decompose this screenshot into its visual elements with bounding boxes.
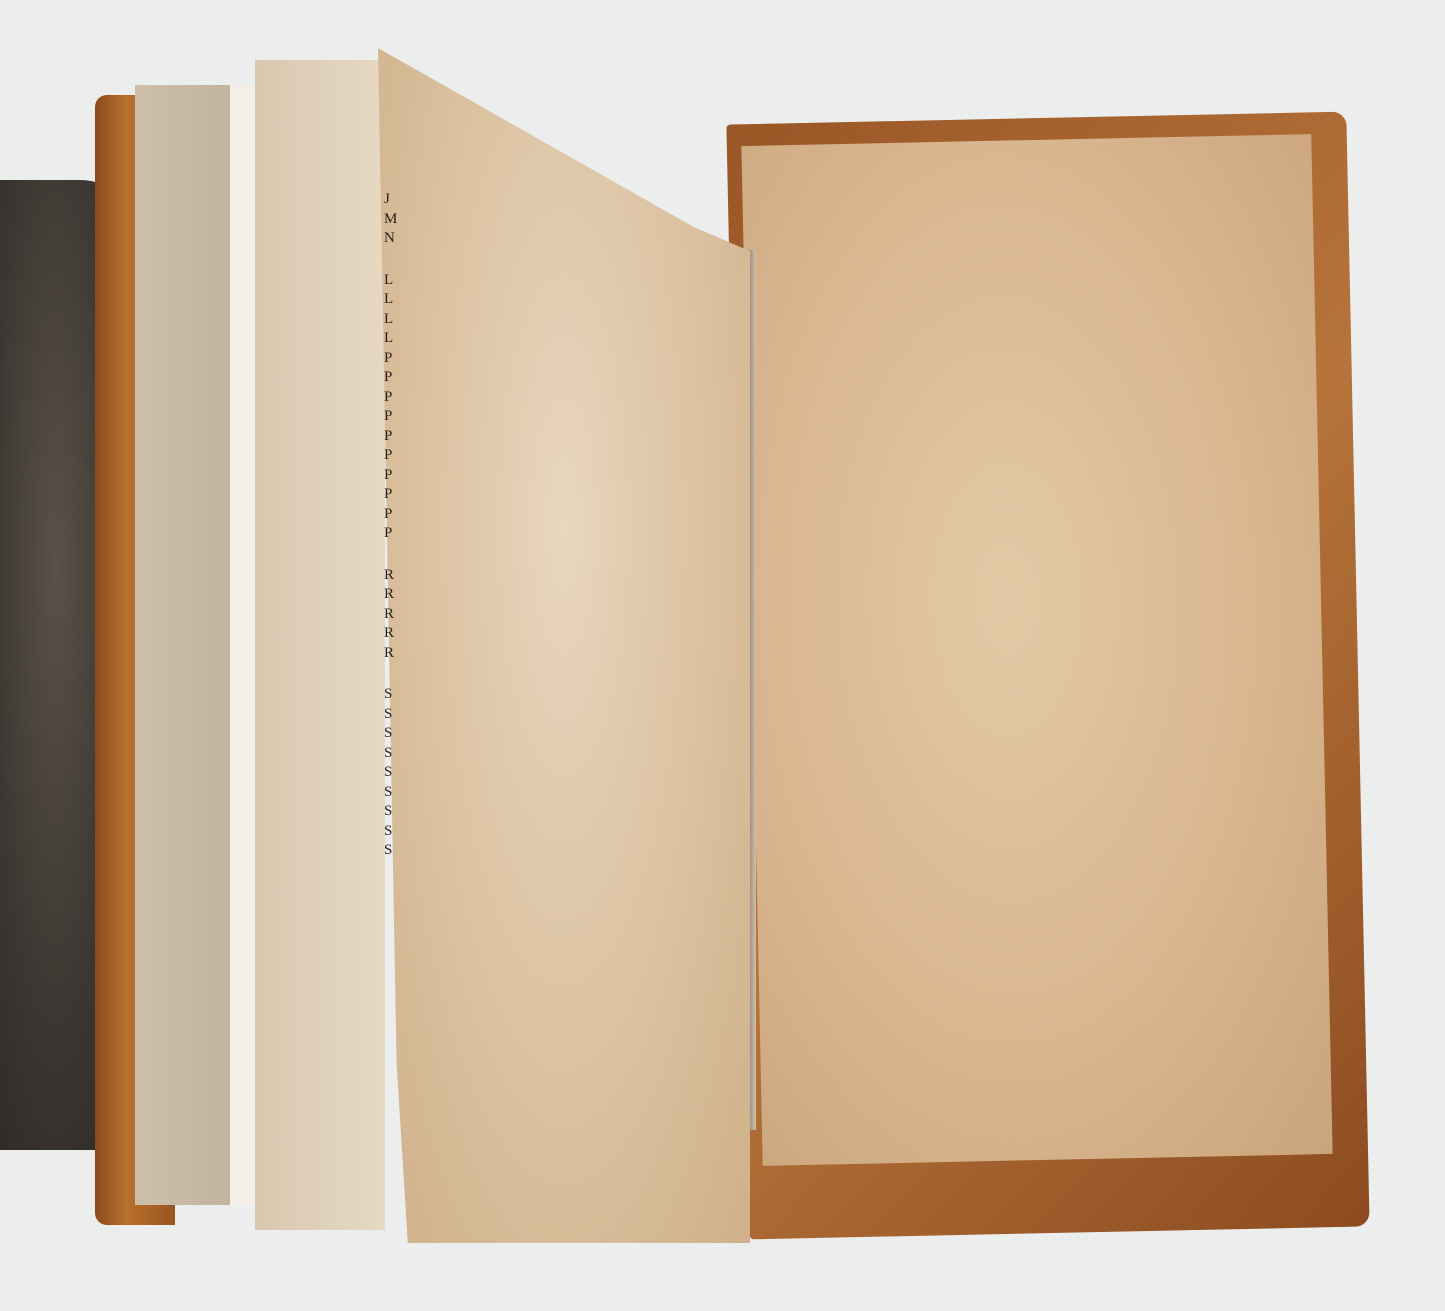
- index-letter: P: [384, 485, 404, 505]
- index-letter: P: [384, 466, 404, 486]
- index-letter: L: [384, 310, 404, 330]
- index-letter: L: [384, 271, 404, 291]
- index-letter: S: [384, 744, 404, 764]
- index-letter: S: [384, 783, 404, 803]
- index-letter: S: [384, 822, 404, 842]
- index-letter: R: [384, 585, 404, 605]
- flyleaf-left: [378, 48, 750, 1243]
- index-letter: S: [384, 841, 404, 861]
- index-letter: R: [384, 624, 404, 644]
- index-letter: P: [384, 505, 404, 525]
- index-letter: S: [384, 685, 404, 705]
- index-letter: N: [384, 229, 404, 249]
- index-letter: R: [384, 605, 404, 625]
- index-letter: P: [384, 524, 404, 544]
- index-letter: R: [384, 566, 404, 586]
- index-letter: L: [384, 329, 404, 349]
- page-block-folded: [255, 60, 385, 1230]
- index-letter: P: [384, 427, 404, 447]
- index-letter: M: [384, 210, 404, 230]
- endpaper-right: [741, 134, 1332, 1166]
- index-letter: S: [384, 802, 404, 822]
- index-letter: S: [384, 763, 404, 783]
- index-letter: J: [384, 190, 404, 210]
- index-letter: P: [384, 407, 404, 427]
- index-letter: P: [384, 388, 404, 408]
- index-letter: P: [384, 349, 404, 369]
- index-letter: P: [384, 368, 404, 388]
- index-letter: S: [384, 724, 404, 744]
- index-letter: L: [384, 290, 404, 310]
- index-letter: P: [384, 446, 404, 466]
- index-letter: R: [384, 644, 404, 664]
- index-letter: S: [384, 705, 404, 725]
- index-letters: JMNLLLLPPPPPPPPPPRRRRRSSSSSSSSS: [384, 190, 404, 861]
